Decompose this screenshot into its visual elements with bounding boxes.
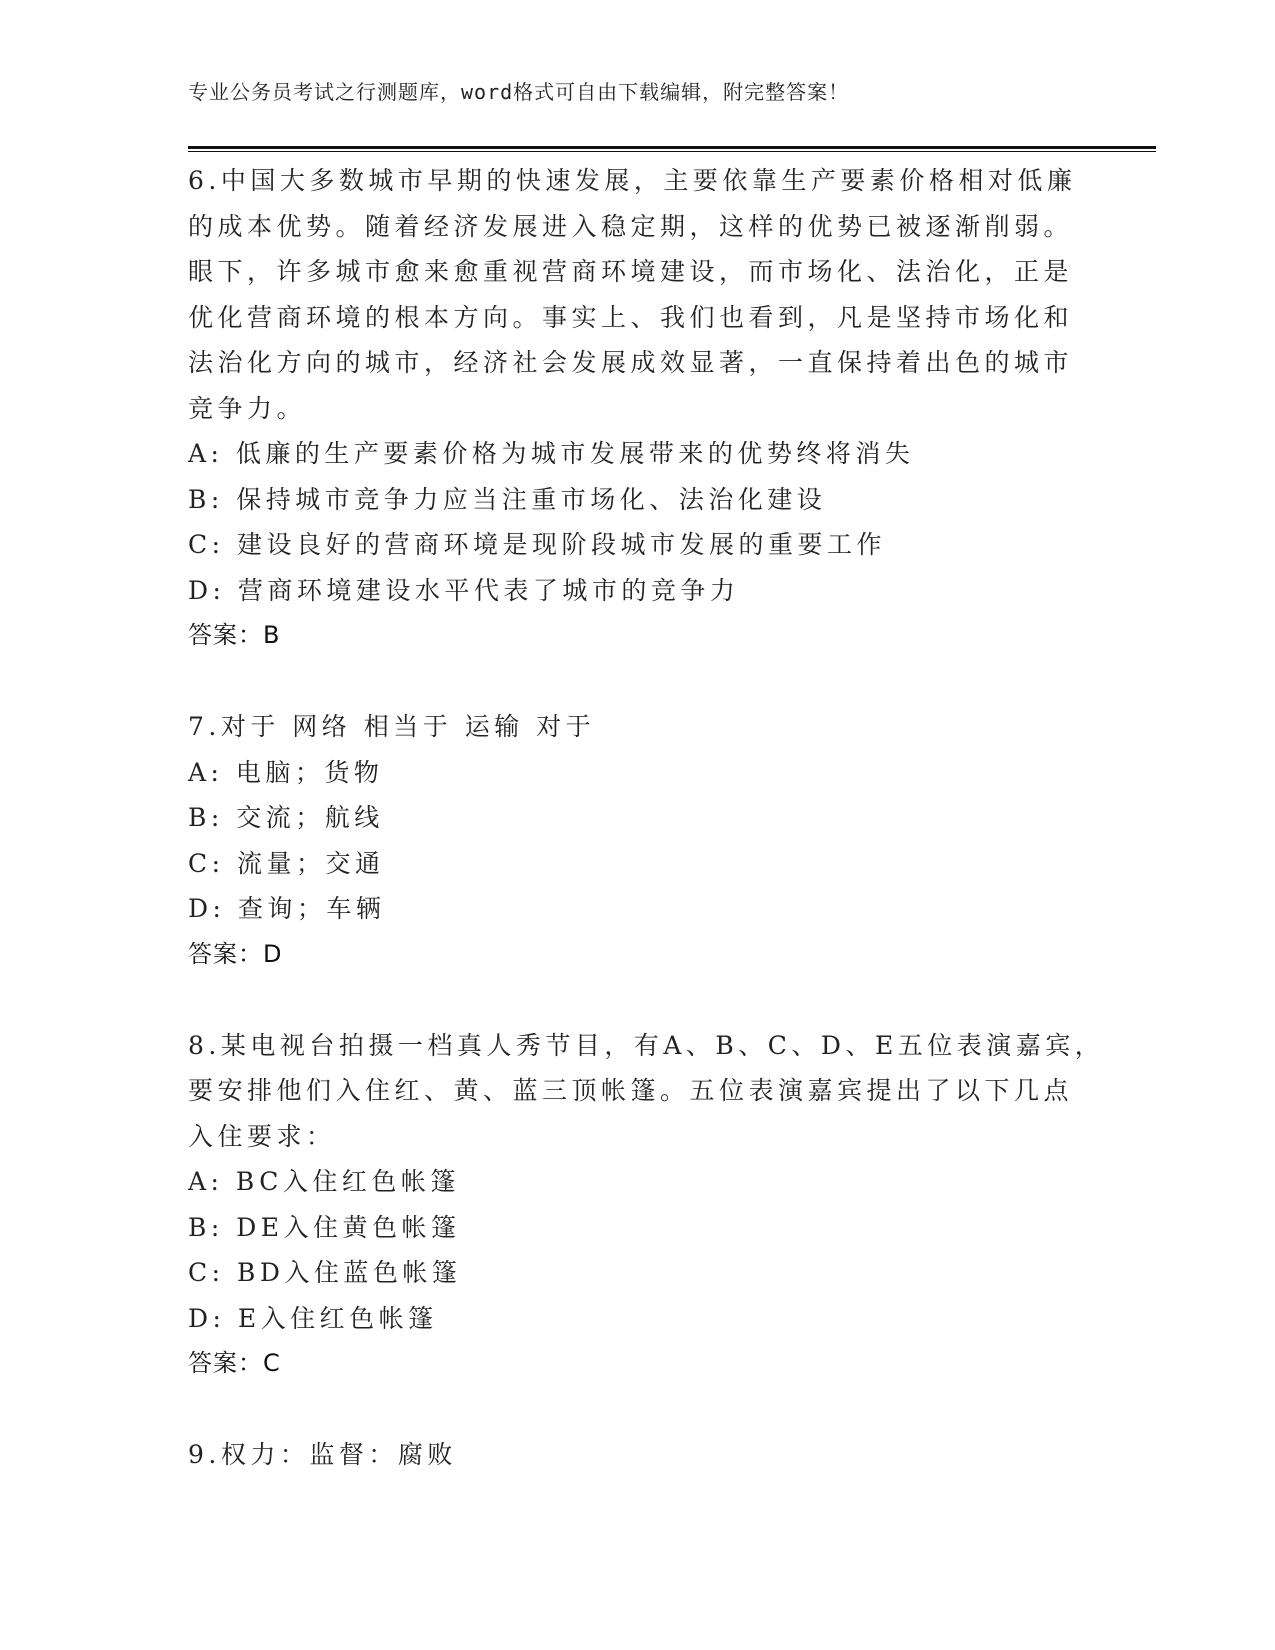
option-b: B: 保持城市竞争力应当注重市场化、法治化建设 xyxy=(188,477,1068,523)
question-9: 9.权力：监督：腐败 xyxy=(188,1432,1068,1478)
question-stem-line: 6.中国大多数城市早期的快速发展，主要依靠生产要素价格相对低廉 xyxy=(188,158,1068,204)
question-stem-line: 7.对于 网络 相当于 运输 对于 xyxy=(188,704,1068,750)
question-stem-line: 要安排他们入住红、黄、蓝三顶帐篷。五位表演嘉宾提出了以下几点 xyxy=(188,1068,1068,1114)
answer-label: 答案：B xyxy=(188,613,1068,659)
page-header: 专业公务员考试之行测题库，word格式可自由下载编辑，附完整答案！ xyxy=(188,76,849,105)
answer-label: 答案：C xyxy=(188,1341,1068,1387)
question-stem-line: 眼下，许多城市愈来愈重视营商环境建设，而市场化、法治化，正是 xyxy=(188,249,1068,295)
question-stem-line: 8.某电视台拍摄一档真人秀节目，有A、B、C、D、E五位表演嘉宾， xyxy=(188,1023,1068,1069)
question-stem-line: 竞争力。 xyxy=(188,386,1068,432)
question-stem-line: 法治化方向的城市，经济社会发展成效显著，一直保持着出色的城市 xyxy=(188,340,1068,386)
document-page: 专业公务员考试之行测题库，word格式可自由下载编辑，附完整答案！ 6.中国大多… xyxy=(0,0,1275,1650)
option-d: D: E入住红色帐篷 xyxy=(188,1296,1068,1342)
option-a: A: 低廉的生产要素价格为城市发展带来的优势终将消失 xyxy=(188,431,1068,477)
question-stem-line: 入住要求： xyxy=(188,1114,1068,1160)
spacer xyxy=(188,977,1068,1023)
option-c: C: 建设良好的营商环境是现阶段城市发展的重要工作 xyxy=(188,522,1068,568)
option-c: C: BD入住蓝色帐篷 xyxy=(188,1250,1068,1296)
question-8: 8.某电视台拍摄一档真人秀节目，有A、B、C、D、E五位表演嘉宾， 要安排他们入… xyxy=(188,1023,1068,1387)
question-list: 6.中国大多数城市早期的快速发展，主要依靠生产要素价格相对低廉 的成本优势。随着… xyxy=(188,158,1068,1478)
question-6: 6.中国大多数城市早期的快速发展，主要依靠生产要素价格相对低廉 的成本优势。随着… xyxy=(188,158,1068,659)
option-a: A: BC入住红色帐篷 xyxy=(188,1159,1068,1205)
question-stem-line: 的成本优势。随着经济发展进入稳定期，这样的优势已被逐渐削弱。 xyxy=(188,204,1068,250)
spacer xyxy=(188,1387,1068,1433)
spacer xyxy=(188,659,1068,705)
header-divider-thick xyxy=(188,146,1156,149)
option-c: C: 流量；交通 xyxy=(188,841,1068,887)
option-b: B: DE入住黄色帐篷 xyxy=(188,1205,1068,1251)
option-b: B: 交流；航线 xyxy=(188,795,1068,841)
question-7: 7.对于 网络 相当于 运输 对于 A: 电脑；货物 B: 交流；航线 C: 流… xyxy=(188,704,1068,977)
answer-label: 答案：D xyxy=(188,932,1068,978)
option-a: A: 电脑；货物 xyxy=(188,750,1068,796)
option-d: D: 营商环境建设水平代表了城市的竞争力 xyxy=(188,568,1068,614)
option-d: D: 查询；车辆 xyxy=(188,886,1068,932)
question-stem-line: 9.权力：监督：腐败 xyxy=(188,1432,1068,1478)
header-divider-thin xyxy=(188,151,1156,152)
question-stem-line: 优化营商环境的根本方向。事实上、我们也看到，凡是坚持市场化和 xyxy=(188,295,1068,341)
